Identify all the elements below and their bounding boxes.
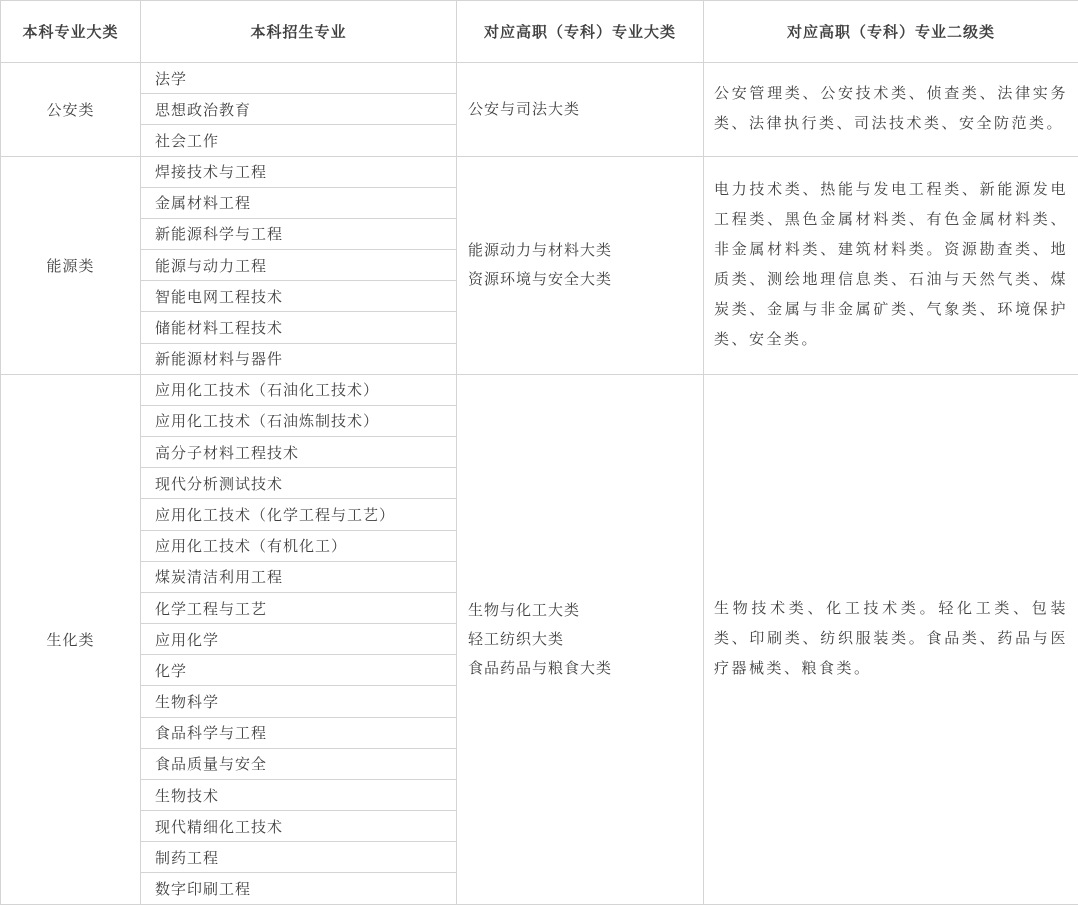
vocational-category-cell: 生物与化工大类轻工纺织大类食品药品与粮食大类 [457, 374, 704, 904]
major-cell: 储能材料工程技术 [141, 312, 457, 343]
major-cell: 应用化工技术（化学工程与工艺） [141, 499, 457, 530]
vocational-category-line: 生物与化工大类 [468, 596, 697, 625]
major-cell: 生物技术 [141, 779, 457, 810]
table-row: 生化类应用化工技术（石油化工技术）生物与化工大类轻工纺织大类食品药品与粮食大类生… [1, 374, 1078, 405]
vocational-subcategory-cell: 生物技术类、化工技术类。轻化工类、包装类、印刷类、纺织服装类。食品类、药品与医疗… [704, 374, 1078, 904]
major-cell: 新能源科学与工程 [141, 218, 457, 249]
category-cell: 公安类 [1, 63, 141, 157]
major-cell: 能源与动力工程 [141, 250, 457, 281]
vocational-category-line: 轻工纺织大类 [468, 625, 697, 654]
major-cell: 食品科学与工程 [141, 717, 457, 748]
table-header-row: 本科专业大类本科招生专业对应高职（专科）专业大类对应高职（专科）专业二级类 [1, 1, 1078, 63]
major-cell: 新能源材料与器件 [141, 343, 457, 374]
major-cell: 化学 [141, 655, 457, 686]
major-cell: 法学 [141, 63, 457, 94]
major-cell: 应用化工技术（石油炼制技术） [141, 405, 457, 436]
vocational-subcategory-cell: 电力技术类、热能与发电工程类、新能源发电工程类、黑色金属材料类、有色金属材料类、… [704, 156, 1078, 374]
vocational-category-line: 能源动力与材料大类 [468, 236, 697, 265]
category-cell: 生化类 [1, 374, 141, 904]
vocational-category-line: 公安与司法大类 [468, 95, 697, 124]
vocational-category-line: 资源环境与安全大类 [468, 265, 697, 294]
major-cell: 金属材料工程 [141, 187, 457, 218]
header-cell-2: 对应高职（专科）专业大类 [457, 1, 704, 63]
table-row: 能源类焊接技术与工程能源动力与材料大类资源环境与安全大类电力技术类、热能与发电工… [1, 156, 1078, 187]
major-cell: 制药工程 [141, 842, 457, 873]
major-cell: 社会工作 [141, 125, 457, 156]
major-cell: 化学工程与工艺 [141, 592, 457, 623]
major-cell: 智能电网工程技术 [141, 281, 457, 312]
major-mapping-table: 本科专业大类本科招生专业对应高职（专科）专业大类对应高职（专科）专业二级类 公安… [0, 0, 1078, 905]
major-cell: 应用化工技术（石油化工技术） [141, 374, 457, 405]
major-cell: 应用化工技术（有机化工） [141, 530, 457, 561]
table-row: 公安类法学公安与司法大类公安管理类、公安技术类、侦查类、法律实务类、法律执行类、… [1, 63, 1078, 94]
vocational-category-cell: 能源动力与材料大类资源环境与安全大类 [457, 156, 704, 374]
table-body: 公安类法学公安与司法大类公安管理类、公安技术类、侦查类、法律实务类、法律执行类、… [1, 63, 1078, 905]
major-cell: 数字印刷工程 [141, 873, 457, 905]
major-cell: 焊接技术与工程 [141, 156, 457, 187]
major-cell: 煤炭清洁利用工程 [141, 561, 457, 592]
major-cell: 应用化学 [141, 624, 457, 655]
vocational-category-cell: 公安与司法大类 [457, 63, 704, 157]
category-cell: 能源类 [1, 156, 141, 374]
header-cell-3: 对应高职（专科）专业二级类 [704, 1, 1078, 63]
major-cell: 食品质量与安全 [141, 748, 457, 779]
table-header: 本科专业大类本科招生专业对应高职（专科）专业大类对应高职（专科）专业二级类 [1, 1, 1078, 63]
vocational-subcategory-cell: 公安管理类、公安技术类、侦查类、法律实务类、法律执行类、司法技术类、安全防范类。 [704, 63, 1078, 157]
major-cell: 现代分析测试技术 [141, 468, 457, 499]
vocational-category-line: 食品药品与粮食大类 [468, 654, 697, 683]
header-cell-1: 本科招生专业 [141, 1, 457, 63]
header-cell-0: 本科专业大类 [1, 1, 141, 63]
major-cell: 现代精细化工技术 [141, 811, 457, 842]
major-cell: 思想政治教育 [141, 94, 457, 125]
major-cell: 生物科学 [141, 686, 457, 717]
major-cell: 高分子材料工程技术 [141, 437, 457, 468]
